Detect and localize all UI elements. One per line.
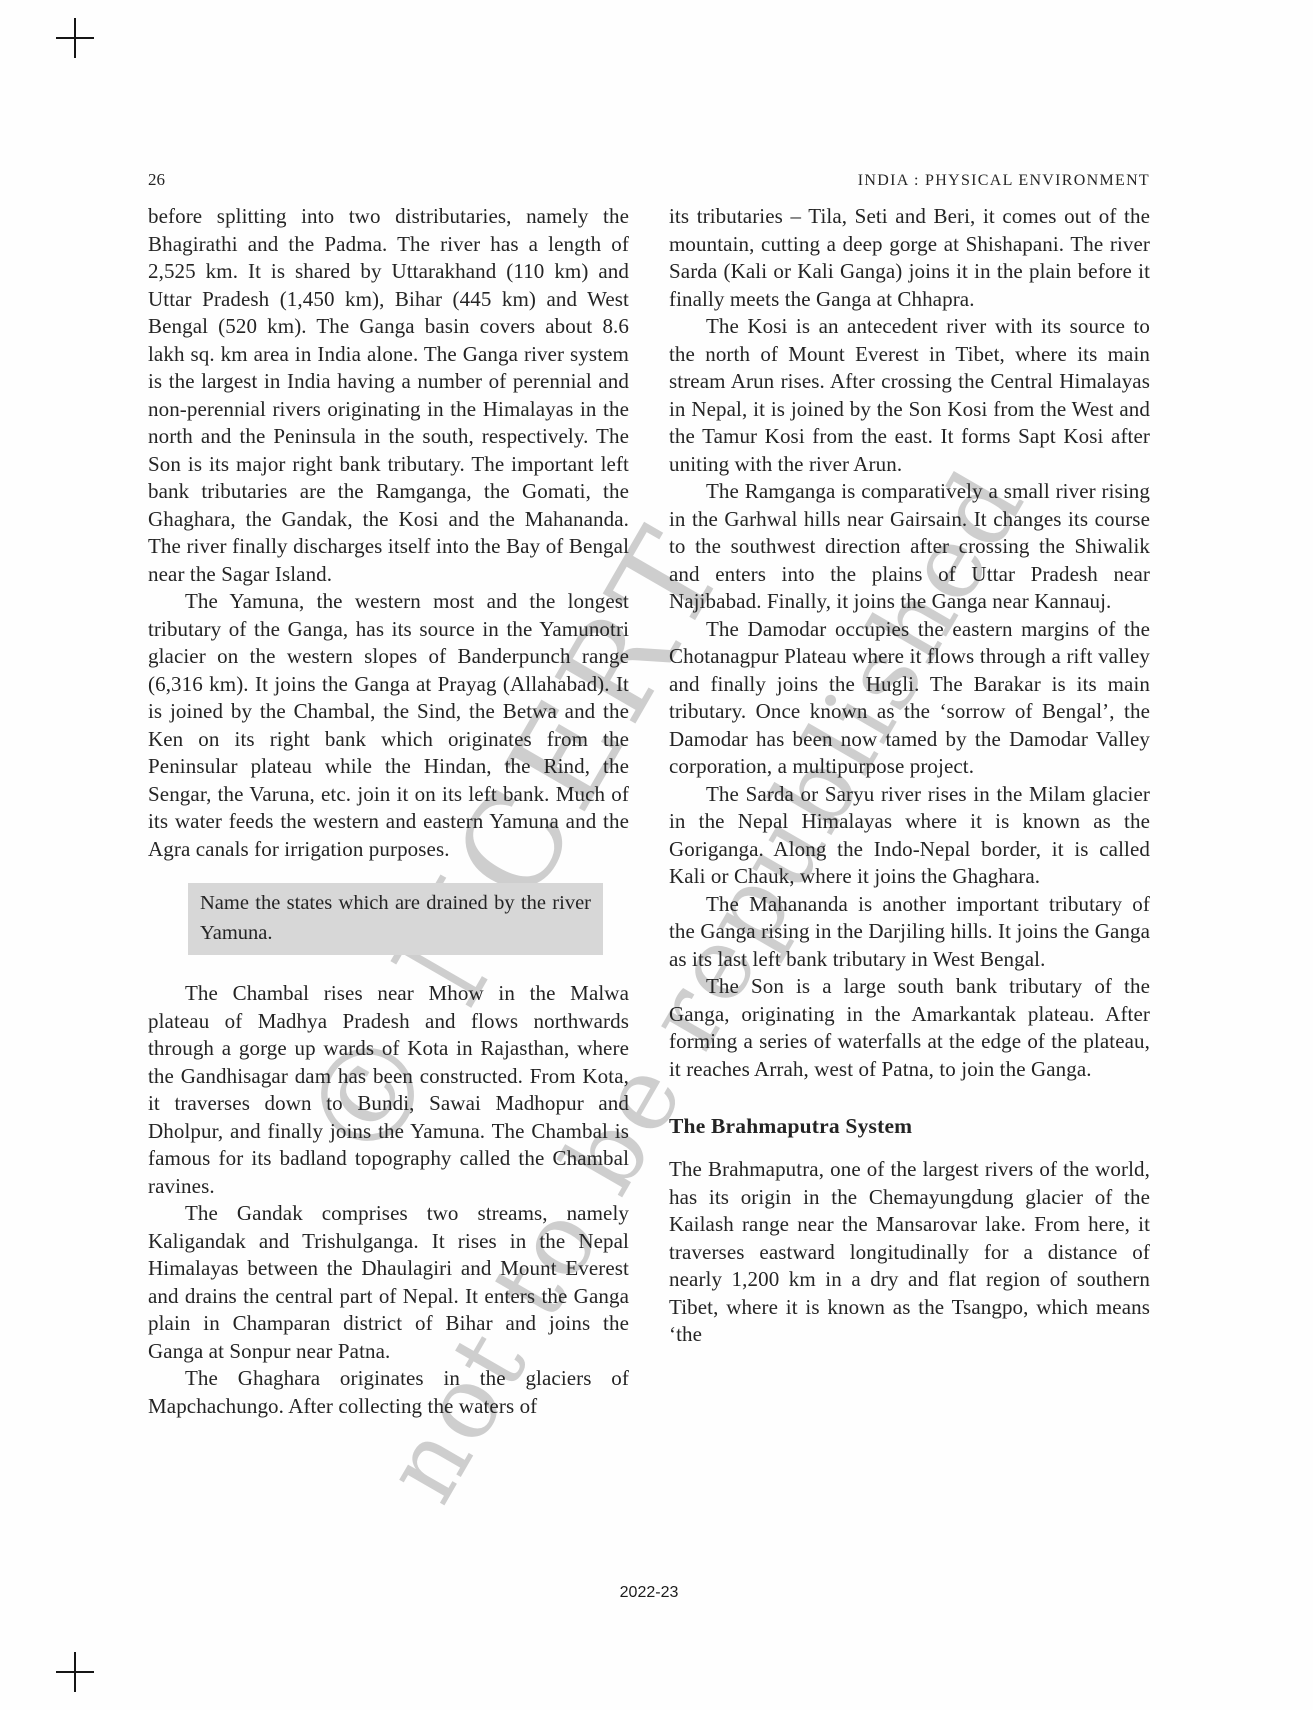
left-column: before splitting into two distributaries…	[148, 203, 629, 1420]
paragraph-damodar: The Damodar occupies the eastern margins…	[669, 616, 1150, 781]
textbook-page: © NCERT not to be republished 26 INDIA :…	[0, 0, 1313, 1710]
crop-mark-bottom-left-icon	[56, 1652, 94, 1692]
running-head-title: INDIA : PHYSICAL ENVIRONMENT	[858, 172, 1150, 190]
paragraph-yamuna: The Yamuna, the western most and the lon…	[148, 588, 629, 863]
paragraph-ganga-continued: before splitting into two distributaries…	[148, 203, 629, 588]
crop-mark-top-left-icon	[56, 18, 94, 58]
right-column: its tributaries – Tila, Seti and Beri, i…	[669, 203, 1150, 1420]
paragraph-gandak: The Gandak comprises two streams, namely…	[148, 1200, 629, 1365]
paragraph-son: The Son is a large south bank tributary …	[669, 973, 1150, 1083]
paragraph-mahananda: The Mahananda is another important tribu…	[669, 891, 1150, 974]
paragraph-brahmaputra: The Brahmaputra, one of the largest rive…	[669, 1156, 1150, 1349]
paragraph-kosi: The Kosi is an antecedent river with its…	[669, 313, 1150, 478]
paragraph-ramganga: The Ramganga is comparatively a small ri…	[669, 478, 1150, 616]
paragraph-sarda: The Sarda or Saryu river rises in the Mi…	[669, 781, 1150, 891]
two-column-body: before splitting into two distributaries…	[148, 203, 1150, 1420]
paragraph-ghaghara: The Ghaghara originates in the glaciers …	[148, 1365, 629, 1420]
page-number: 26	[148, 170, 165, 190]
activity-question-box: Name the states which are drained by the…	[188, 883, 603, 955]
page-header: 26 INDIA : PHYSICAL ENVIRONMENT	[148, 170, 1150, 190]
paragraph-chambal: The Chambal rises near Mhow in the Malwa…	[148, 980, 629, 1200]
footer-year: 2022-23	[148, 1584, 1150, 1602]
paragraph-ghaghara-continued: its tributaries – Tila, Seti and Beri, i…	[669, 203, 1150, 313]
section-heading-brahmaputra-system: The Brahmaputra System	[669, 1114, 1150, 1139]
